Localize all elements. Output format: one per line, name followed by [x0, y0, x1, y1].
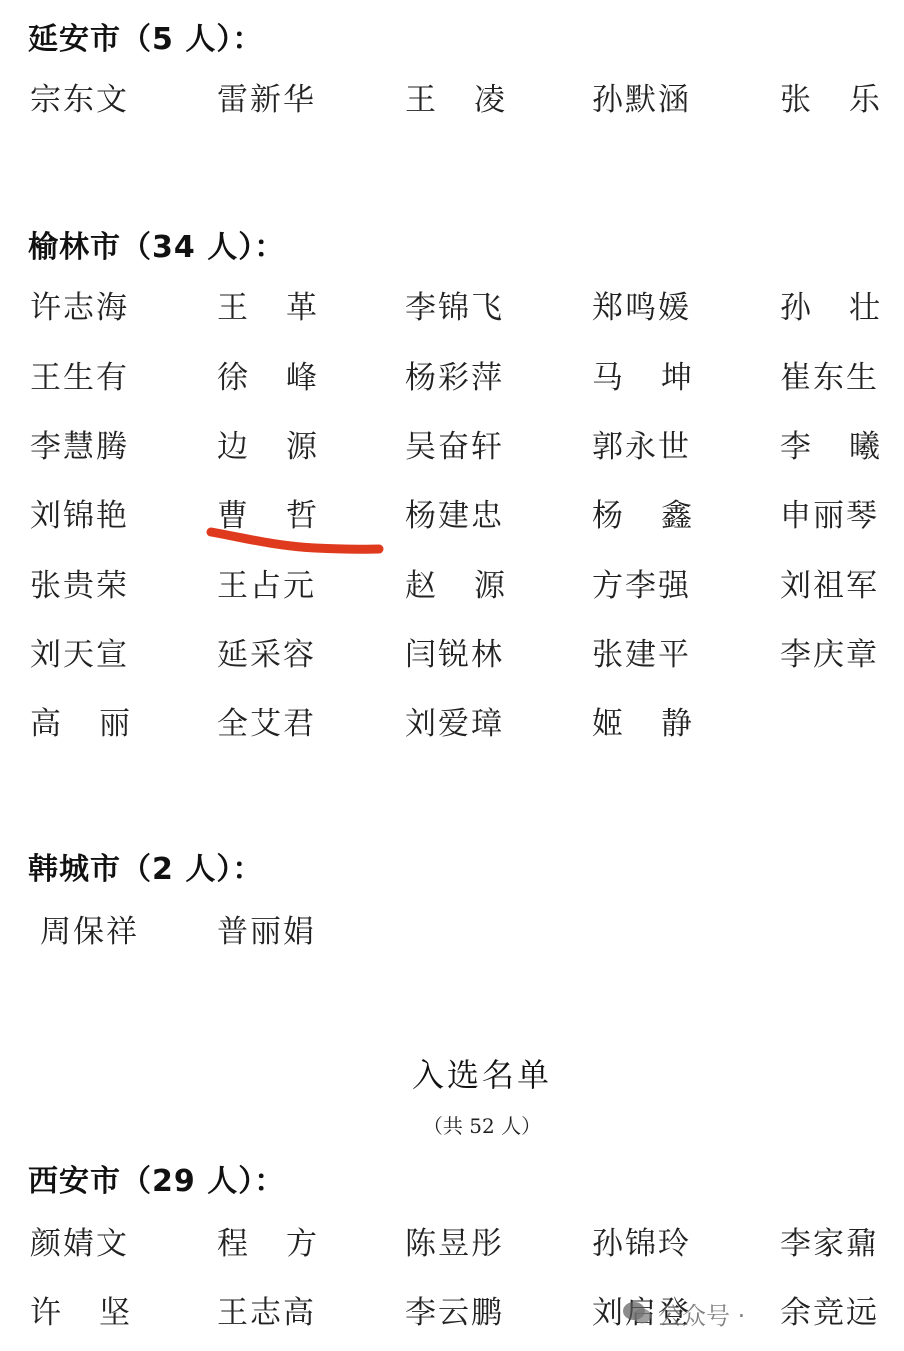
person-name: 郭永世 [592, 425, 692, 469]
person-name: 张建平 [592, 633, 692, 677]
person-name: 刘爱璋 [405, 702, 505, 746]
person-name: 杨彩萍 [405, 356, 505, 400]
name-row: 许坚 王志高 李云鹏 刘启登 余竞远 [0, 1291, 904, 1335]
person-name: 李庆章 [780, 633, 880, 677]
section-heading-yanan: 延安市（5 人）： [28, 14, 263, 58]
person-name: 张贵荣 [30, 564, 130, 608]
person-name: 周保祥 [40, 910, 140, 954]
person-name: 刘祖军 [780, 564, 880, 608]
person-name: 张乐 [780, 78, 880, 122]
person-name: 陈昱彤 [405, 1222, 505, 1266]
name-row: 刘锦艳 曹哲 杨建忠 杨鑫 申丽琴 [0, 494, 904, 538]
person-name: 王生有 [30, 356, 130, 400]
list-subtitle: （共 52 人） [0, 1110, 904, 1139]
person-name: 李家鼐 [780, 1222, 880, 1266]
person-name: 高丽 [30, 702, 130, 746]
name-row: 许志海 王革 李锦飞 郑鸣媛 孙壮 [0, 286, 904, 330]
name-row: 张贵荣 王占元 赵源 方李强 刘祖军 [0, 564, 904, 608]
person-name: 刘天宣 [30, 633, 130, 677]
person-name: 王革 [217, 286, 317, 330]
person-name: 颜婧文 [30, 1222, 130, 1266]
person-name: 郑鸣媛 [592, 286, 692, 330]
person-name: 李云鹏 [405, 1291, 505, 1335]
name-row: 刘天宣 延采容 闫锐林 张建平 李庆章 [0, 633, 904, 677]
red-underline-annotation [205, 520, 385, 560]
person-name: 崔东生 [780, 356, 880, 400]
section-heading-xian: 西安市（29 人）： [28, 1156, 285, 1200]
name-row: 颜婧文 程方 陈昱彤 孙锦玲 李家鼐 [0, 1222, 904, 1266]
person-name: 姬静 [592, 702, 692, 746]
person-name: 申丽琴 [780, 494, 880, 538]
person-name: 王占元 [217, 564, 317, 608]
person-name: 李锦飞 [405, 286, 505, 330]
person-name: 闫锐林 [405, 633, 505, 677]
person-name: 刘锦艳 [30, 494, 130, 538]
person-name: 许志海 [30, 286, 130, 330]
person-name: 延采容 [217, 633, 317, 677]
wechat-icon [622, 1300, 652, 1326]
person-name: 许坚 [30, 1291, 130, 1335]
watermark-text: 公众号 · [658, 1296, 745, 1331]
person-name: 王凌 [405, 78, 505, 122]
person-name: 孙壮 [780, 286, 880, 330]
watermark: 公众号 · [622, 1293, 745, 1333]
person-name: 杨鑫 [592, 494, 692, 538]
section-heading-hancheng: 韩城市（2 人）： [28, 844, 263, 888]
person-name: 边源 [217, 425, 317, 469]
section-heading-yulin: 榆林市（34 人）： [28, 222, 285, 266]
person-name: 杨建忠 [405, 494, 505, 538]
name-row: 高丽 全艾君 刘爱璋 姬静 [0, 702, 904, 746]
person-name: 余竞远 [780, 1291, 880, 1335]
person-name: 宗东文 [30, 78, 130, 122]
person-name: 吴奋轩 [405, 425, 505, 469]
person-name: 孙默涵 [592, 78, 692, 122]
person-name: 普丽娟 [217, 910, 317, 954]
name-row: 王生有 徐峰 杨彩萍 马坤 崔东生 [0, 356, 904, 400]
person-name: 全艾君 [217, 702, 317, 746]
person-name: 程方 [217, 1222, 317, 1266]
person-name: 王志高 [217, 1291, 317, 1335]
person-name: 雷新华 [217, 78, 317, 122]
person-name: 马坤 [592, 356, 692, 400]
person-name: 孙锦玲 [592, 1222, 692, 1266]
name-row: 宗东文 雷新华 王凌 孙默涵 张乐 [0, 78, 904, 122]
person-name: 李曦 [780, 425, 880, 469]
person-name: 赵源 [405, 564, 505, 608]
name-row: 周保祥 普丽娟 [0, 910, 904, 954]
list-title: 入选名单 [0, 1050, 904, 1096]
person-name: 李慧腾 [30, 425, 130, 469]
person-name: 徐峰 [217, 356, 317, 400]
person-name: 方李强 [592, 564, 692, 608]
name-row: 李慧腾 边源 吴奋轩 郭永世 李曦 [0, 425, 904, 469]
